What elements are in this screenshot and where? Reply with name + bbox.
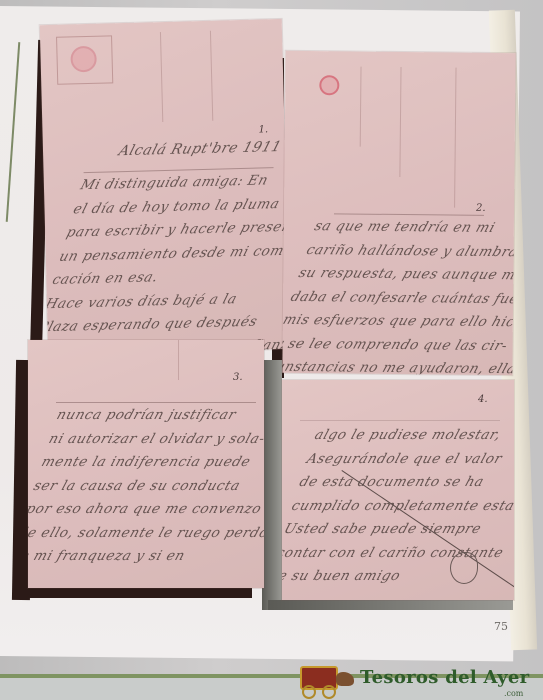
page-number: 75 (494, 620, 508, 633)
guide-line (160, 32, 163, 122)
horse-shape (336, 672, 354, 686)
card-number: 3. (233, 372, 243, 383)
text-line: Asegurándole que el valor (303, 448, 514, 472)
guide-line (210, 31, 213, 121)
text-line: mis esfuerzos que para ello hice, (282, 309, 509, 335)
watermark-title: Tesoros del Ayer (360, 667, 529, 688)
text-line: daba el confesarle cuántas fueron (287, 285, 516, 311)
text-line: cumplido completamente esta (288, 495, 514, 519)
postcard-2: 2. sa que me tendría en mi cariño hallán… (282, 51, 515, 375)
text-line: nunca podrían justificar (53, 404, 264, 428)
flourish-mark (450, 552, 478, 584)
watermark: Tesoros del Ayer .com (296, 655, 543, 700)
text-line: ni autorizar el olvidar y sola- (45, 428, 264, 452)
watermark-suffix: .com (504, 689, 523, 698)
text-line: mente la indiferencia puede (38, 451, 264, 475)
text-line: ne mi franqueza y si en (28, 545, 245, 569)
text-line: por eso ahora que me convenzo (28, 498, 260, 522)
card-number: 2. (476, 203, 486, 214)
text-line: de esta documento se ha (296, 471, 514, 495)
text-line: ser la causa de su conducta (30, 475, 264, 499)
card-number: 1. (258, 124, 268, 135)
text-line: cunstancias no me ayudaron, ella (282, 356, 493, 376)
guide-line (399, 67, 401, 177)
card-shadow (268, 600, 513, 610)
postcard-3: 3. nunca podrían justificar ni autorizar… (28, 340, 264, 588)
text-line: Usted sabe puede siempre (282, 518, 510, 542)
text-line: algo le pudiese molestar, (311, 424, 514, 448)
postcard-4: 4. algo le pudiese molestar, Asegurándol… (282, 380, 514, 600)
watermark-text: Tesoros del Ayer .com (360, 667, 529, 688)
card-text: sa que me tendría en mi cariño hallándos… (282, 215, 515, 375)
guide-line (178, 340, 179, 380)
card-text: nunca podrían justificar ni autorizar el… (28, 404, 264, 569)
text-line: sa que me tendría en mi (311, 215, 516, 241)
card-shadow (20, 588, 252, 598)
card-number: 4. (478, 394, 488, 405)
card-shadow (262, 360, 282, 610)
guide-line (360, 67, 362, 147)
guide-line (454, 68, 456, 208)
postcard-1: 1. Alcalá Rupt'bre 1911 Mi distinguida a… (40, 19, 291, 355)
text-line: cariño hallándose y alumbrando (303, 239, 516, 265)
rule-line (300, 420, 500, 421)
rule-line (56, 402, 256, 403)
text-line: su respuesta, pues aunque me (295, 262, 516, 288)
wheel-shape (322, 685, 336, 699)
postmark-stamp-icon (319, 75, 339, 95)
card-text: Mi distinguida amiga: En el día de hoy t… (40, 168, 291, 355)
card-heading: Alcalá Rupt'bre 1911 (117, 139, 288, 159)
text-line: de ello, solamente le ruego perdo- (28, 522, 253, 546)
text-line: y se lee comprendo que las cir- (282, 332, 501, 358)
stagecoach-icon (296, 658, 358, 698)
wheel-shape (302, 685, 316, 699)
